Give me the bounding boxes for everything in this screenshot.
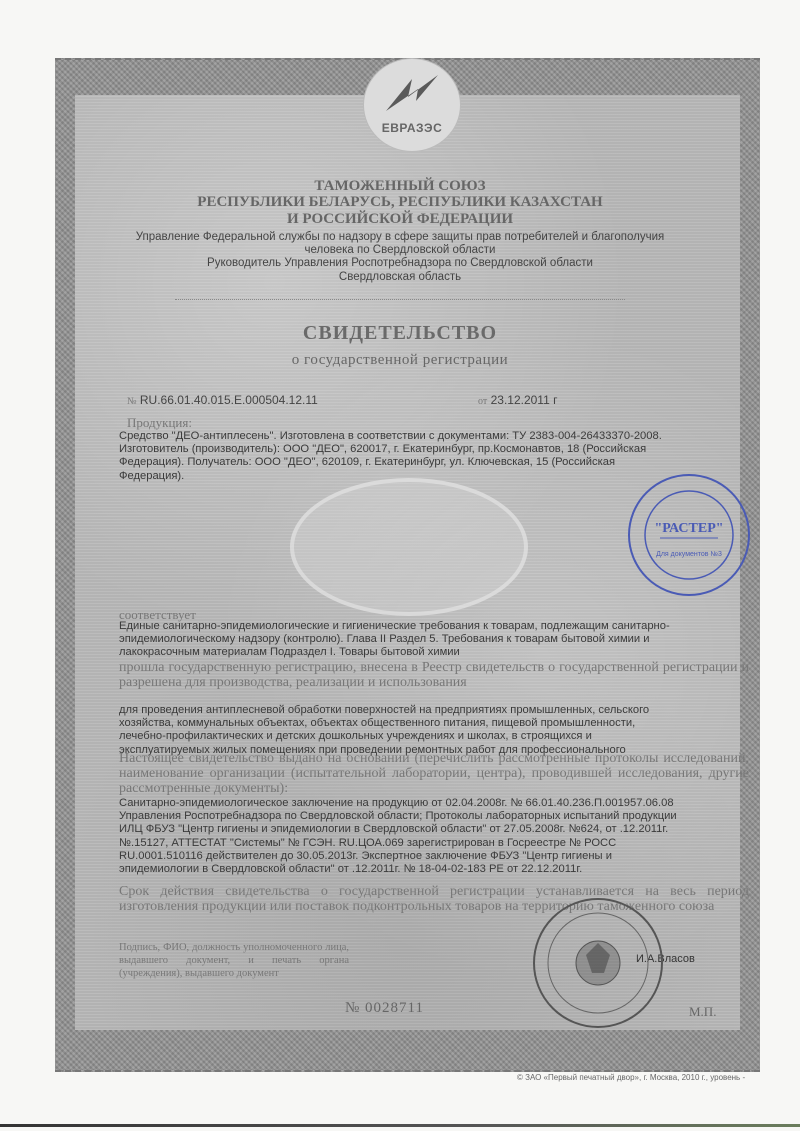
serial-number: № 0028711 xyxy=(345,1000,424,1017)
header-divider xyxy=(175,299,625,301)
authority-region-line: Свердловская область xyxy=(0,271,800,283)
page-bottom-rule xyxy=(0,1124,800,1127)
signature-caption: Подпись, ФИО, должность уполномоченного … xyxy=(119,941,349,980)
number-label: № xyxy=(127,396,137,407)
registration-date: от 23.12.2011 г xyxy=(478,393,557,407)
registration-number: № RU.66.01.40.015.Е.000504.12.11 xyxy=(127,393,318,407)
certificate-subtitle: о государственной регистрации xyxy=(0,352,800,369)
printer-note: © ЗАО «Первый печатный двор», г. Москва,… xyxy=(517,1073,745,1082)
compliance-text: Единые санитарно-эпидемиологические и ги… xyxy=(119,620,684,660)
stamp-text: "РАСТЕР" xyxy=(654,521,723,536)
stamp-subtext: Для документов №3 xyxy=(656,551,722,558)
authority-line: Управление Федеральной службы по надзору… xyxy=(0,231,800,243)
registration-statement: прошла государственную регистрацию, внес… xyxy=(119,660,749,690)
product-text: Средство "ДЕО-антиплесень". Изготовлена … xyxy=(119,430,674,483)
official-seal xyxy=(528,893,668,1033)
authority-head-line: Руководитель Управления Роспотребнадзора… xyxy=(0,257,800,269)
eurasec-emblem: ЕВРАЗЭС xyxy=(363,58,461,152)
certificate-title: СВИДЕТЕЛЬСТВО xyxy=(0,322,800,345)
emblem-label: ЕВРАЗЭС xyxy=(364,121,460,135)
union-states-line: РЕСПУБЛИКИ БЕЛАРУСЬ, РЕСПУБЛИКИ КАЗАХСТА… xyxy=(0,194,800,211)
eurasec-bird-icon xyxy=(382,71,442,119)
basis-text: Санитарно-эпидемиологическое заключение … xyxy=(119,797,684,876)
authority-line: человека по Свердловской области xyxy=(0,244,800,256)
raster-stamp: "РАСТЕР" Для документов №3 xyxy=(622,470,757,600)
basis-statement: Настоящее свидетельство выдано на основа… xyxy=(119,751,749,796)
watermark-emblem xyxy=(290,478,528,616)
union-title: ТАМОЖЕННЫЙ СОЮЗ xyxy=(0,178,800,195)
union-states-line-2: И РОССИЙСКОЙ ФЕДЕРАЦИИ xyxy=(0,211,800,228)
date-label: от xyxy=(478,396,487,407)
number-value: RU.66.01.40.015.Е.000504.12.11 xyxy=(140,393,318,407)
seal-mark: М.П. xyxy=(689,1004,716,1020)
product-label: Продукция: xyxy=(127,415,192,431)
date-value: 23.12.2011 г xyxy=(491,393,558,407)
usage-text: для проведения антиплесневой обработки п… xyxy=(119,704,654,757)
